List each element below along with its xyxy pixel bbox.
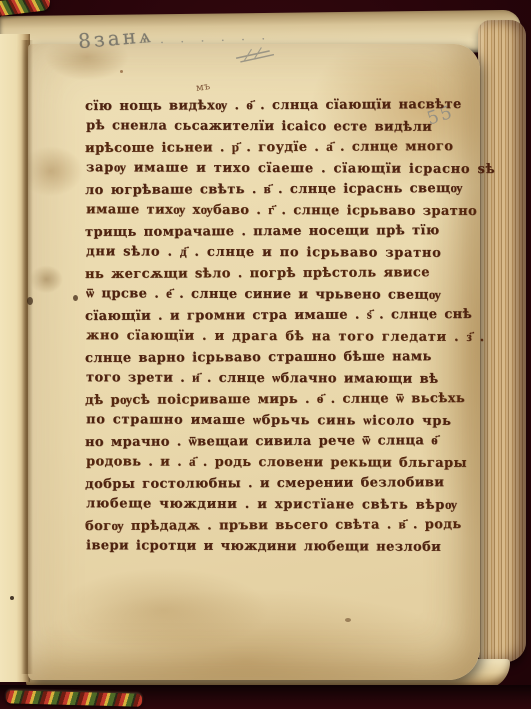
manuscript-line: любеще чюждини . и христїане свѣть вѣрѹ [86, 493, 458, 516]
manuscript-line: рѣ сненла сьсажителїи ісаісо есте видѣли [86, 115, 458, 138]
manuscript-line: сїающїи . и громни стра имаше . ѕ҃ . слн… [85, 304, 457, 327]
manuscript-line: ло югрѣваше свѣть . в҃ . слнце ісраснь с… [85, 178, 457, 201]
manuscript-line: ирѣсоше ісьнеи . р҃ . гоудїе . а҃ . слнц… [85, 136, 457, 159]
superscript-abbreviation: мъ [195, 81, 211, 94]
manuscript-line: дѣ рѹсѣ поісриваше мирь . ѳ҃ . слнце ѿ в… [85, 388, 457, 411]
manuscript-line: но мрачно . ѿвещаи сивила рече ѿ слнца ѳ… [85, 430, 457, 453]
page-speck [73, 295, 78, 301]
manuscript-line: по страшно имаше ѡбрьчь синь ѡісоло чрь [86, 409, 458, 432]
endband-top [0, 0, 51, 16]
manuscript-line: богѹ прѣдадѫ . пръви вьсего свѣта . в҃ .… [85, 514, 457, 537]
manuscript-line: имаше тихѹ хѹбаво . г҃ . слнце ісрьваво … [86, 199, 458, 222]
book-fore-edge [478, 20, 526, 662]
manuscript-line: нь жегсѫщи ѕѣло . погрѣ прѣстоль явисе [85, 262, 457, 285]
manuscript-line: дни ѕѣло . д҃ . слнце и по ісрьваво зрат… [86, 241, 458, 264]
manuscript-line: того зрети . и҃ . слнце ѡблачно имающи в… [86, 367, 458, 390]
manuscript-line: слнце варно ісрьваво страшно бѣше намь [85, 346, 457, 369]
gutter-shadow [21, 40, 33, 674]
pencil-scribble [229, 42, 279, 69]
manuscript-line: добры гостолюбны . и смерении безлобиви [85, 472, 457, 495]
manuscript-text: сїю нощь видѣхѹ . ѳ҃ . слнца сїающїи нас… [85, 95, 457, 557]
manuscript-line: ѿ црсве . е҃ . слнце синие и чрьвено све… [86, 283, 458, 306]
manuscript-line: сїю нощь видѣхѹ . ѳ҃ . слнца сїающїи нас… [85, 94, 457, 117]
manuscript-line: зарѹ имаше и тихо сїаеше . сїающїи ісрас… [86, 157, 458, 180]
manuscript-line: трищь помрачаше . пламе носещи прѣ тїю [85, 220, 457, 243]
manuscript-line: івери ісротци и чюждини любещи незлоби [86, 535, 458, 558]
page-speck [345, 618, 351, 622]
manuscript-line: жно сїающїи . и драга бѣ на того гледати… [86, 325, 458, 348]
page-speck [120, 70, 123, 73]
page-speck [27, 297, 33, 305]
photo-frame: 8занѧ · · · · · · 55 мъ сїю нощь видѣхѹ … [0, 0, 531, 709]
page-speck [10, 596, 14, 600]
manuscript-line: родовь . и . а҃ . родь словени рекьщи бл… [86, 451, 458, 474]
